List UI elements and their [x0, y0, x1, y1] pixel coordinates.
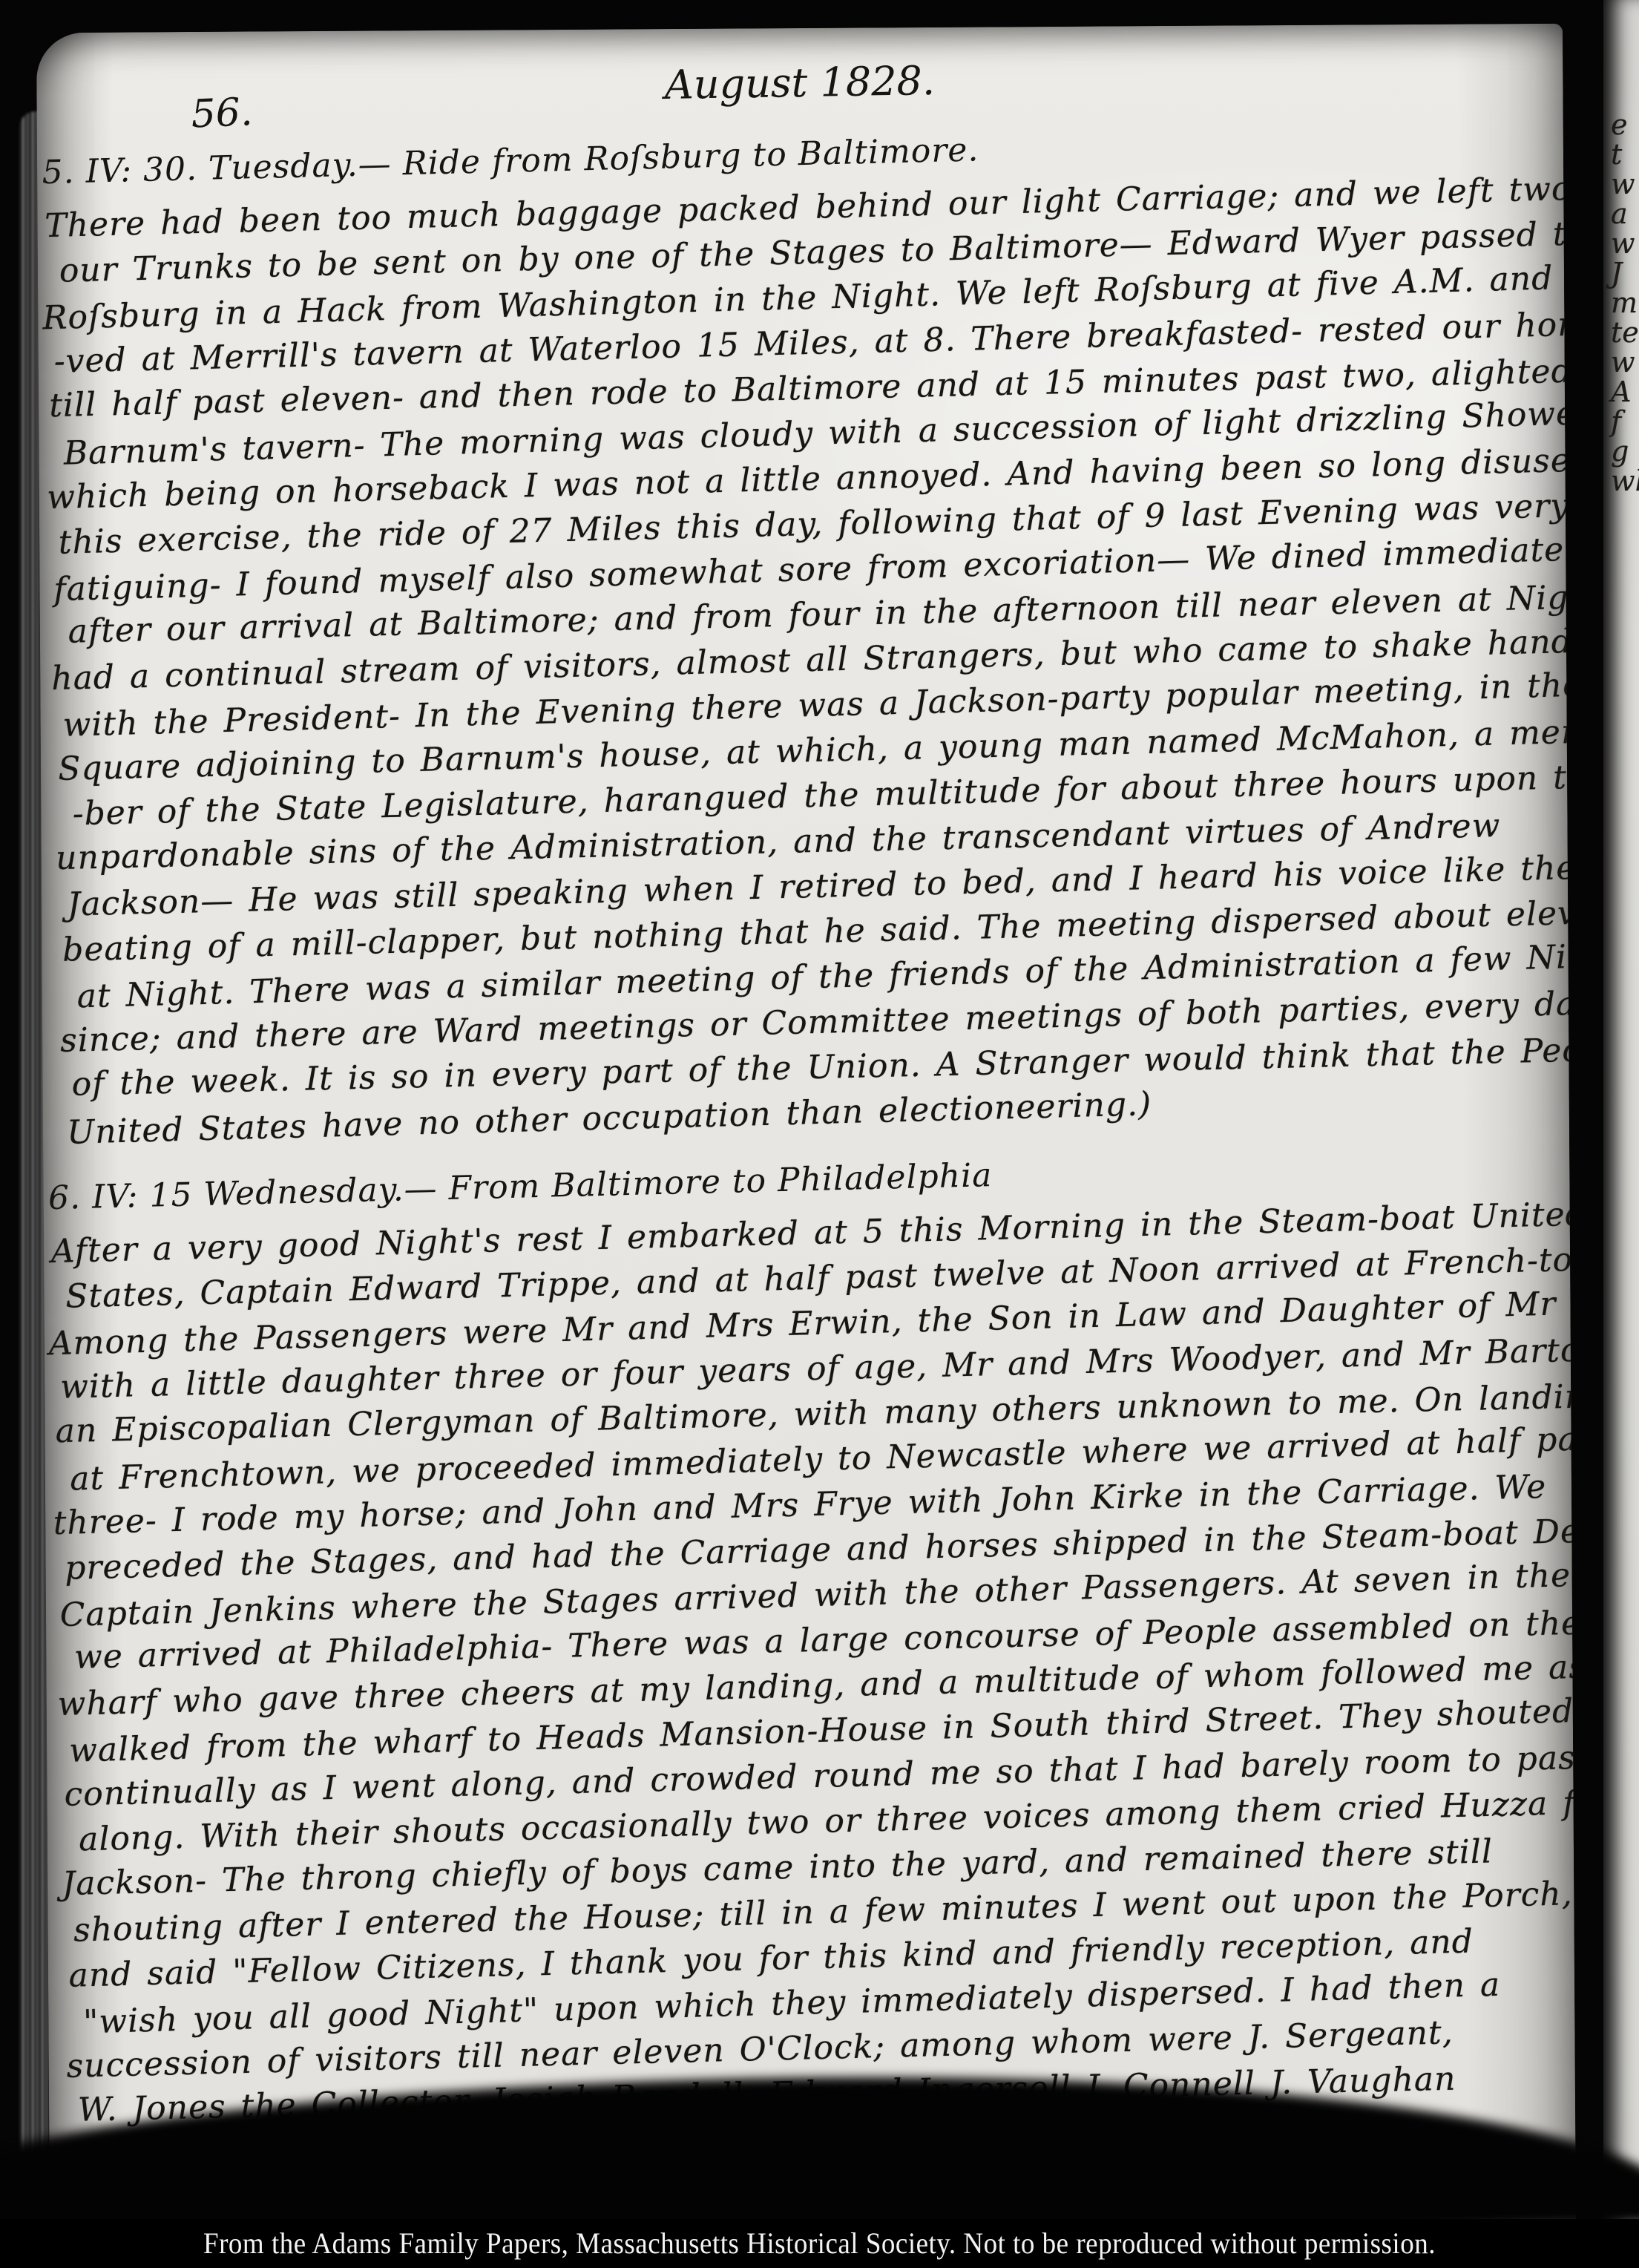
manuscript-line: f	[1611, 407, 1639, 436]
entry-body: There had been too much baggage packed b…	[39, 166, 1576, 1154]
manuscript-line: A	[1611, 377, 1639, 407]
manuscript-line: a	[1611, 199, 1639, 229]
manuscript-line: w	[1611, 169, 1639, 199]
manuscript-page: 56. August 1828. 5. IV: 30. Tuesday.— Ri…	[36, 24, 1576, 2230]
manuscript-scan: 56. August 1828. 5. IV: 30. Tuesday.— Ri…	[0, 0, 1639, 2268]
manuscript-line: J	[1611, 258, 1639, 288]
diary-entry-august-5: 5. IV: 30. Tuesday.— Ride from Roſsburg …	[37, 117, 1576, 1154]
manuscript-line: t	[1611, 140, 1639, 169]
manuscript-line: w	[1611, 347, 1639, 377]
diary-entry-august-6: 6. IV: 15 Wednesday.— From Baltimore to …	[43, 1142, 1576, 2134]
manuscript-line: m	[1611, 288, 1639, 318]
manuscript-line: wh	[1611, 466, 1639, 496]
facing-page-sliver: etwawJmtewAfgwh	[1603, 0, 1639, 2221]
month-year-header: August 1828.	[36, 47, 1563, 119]
manuscript-line: g	[1611, 436, 1639, 466]
manuscript-line: e	[1611, 110, 1639, 140]
entry-body: After a very good Night's rest I embarke…	[45, 1192, 1576, 2134]
manuscript-line: w	[1611, 229, 1639, 258]
attribution-bar: From the Adams Family Papers, Massachuse…	[0, 2219, 1639, 2268]
manuscript-line: te	[1611, 318, 1639, 347]
attribution-text: From the Adams Family Papers, Massachuse…	[203, 2226, 1436, 2261]
